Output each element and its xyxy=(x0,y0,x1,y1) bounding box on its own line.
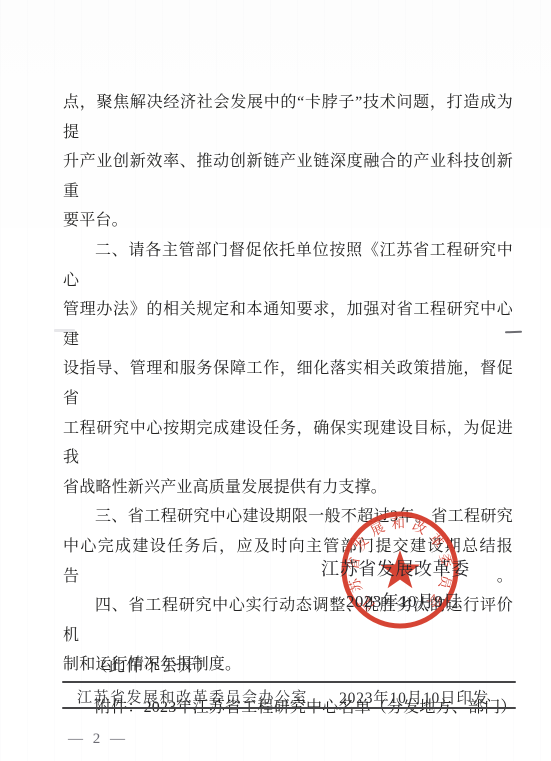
page-number: — 2 — xyxy=(68,731,128,748)
text-line: 设指导、管理和服务保障工作，细化落实相关政策措施，督促省 xyxy=(63,354,513,413)
paragraph: 二、请各主管部门督促依托单位按照《江苏省工程研究中心管理办法》的相关规定和本通知… xyxy=(63,236,513,502)
text-line: 工程研究中心按期完成建设任务，确保实现建设目标，为促进我 xyxy=(63,414,513,473)
text-line: 升产业创新效率、推动创新链产业链深度融合的产业科技创新重 xyxy=(63,147,513,206)
signature-org: 江苏省发展改革委 xyxy=(321,555,470,581)
footer-rule-top xyxy=(62,681,516,683)
paragraph: 点，聚焦解决经济社会发展中的“卡脖子”技术问题，打造成为提升产业创新效率、推动创… xyxy=(63,88,513,236)
footer-issuer: 江苏省发展和改革委员会办公室 xyxy=(77,686,308,707)
text-line: 要平台。 xyxy=(63,206,513,236)
text-line: 省战略性新兴产业高质量发展提供有力支撑。 xyxy=(63,473,513,503)
footer-rule-bottom xyxy=(62,707,516,709)
scan-artifact-dash-left xyxy=(54,329,75,332)
text-line: 点，聚焦解决经济社会发展中的“卡脖子”技术问题，打造成为提 xyxy=(63,88,513,147)
scan-artifact-dash-right xyxy=(505,331,522,334)
text-line: 管理办法》的相关规定和本通知要求，加强对省工程研究中心建 xyxy=(63,295,513,354)
signature-date: 2023年10月9日 xyxy=(346,587,461,612)
text-line: 二、请各主管部门督促依托单位按照《江苏省工程研究中心 xyxy=(63,236,513,295)
confidentiality-note: （此件不公开） xyxy=(91,652,214,676)
footer-print-date: 2023年10月10日印发 xyxy=(339,686,489,708)
